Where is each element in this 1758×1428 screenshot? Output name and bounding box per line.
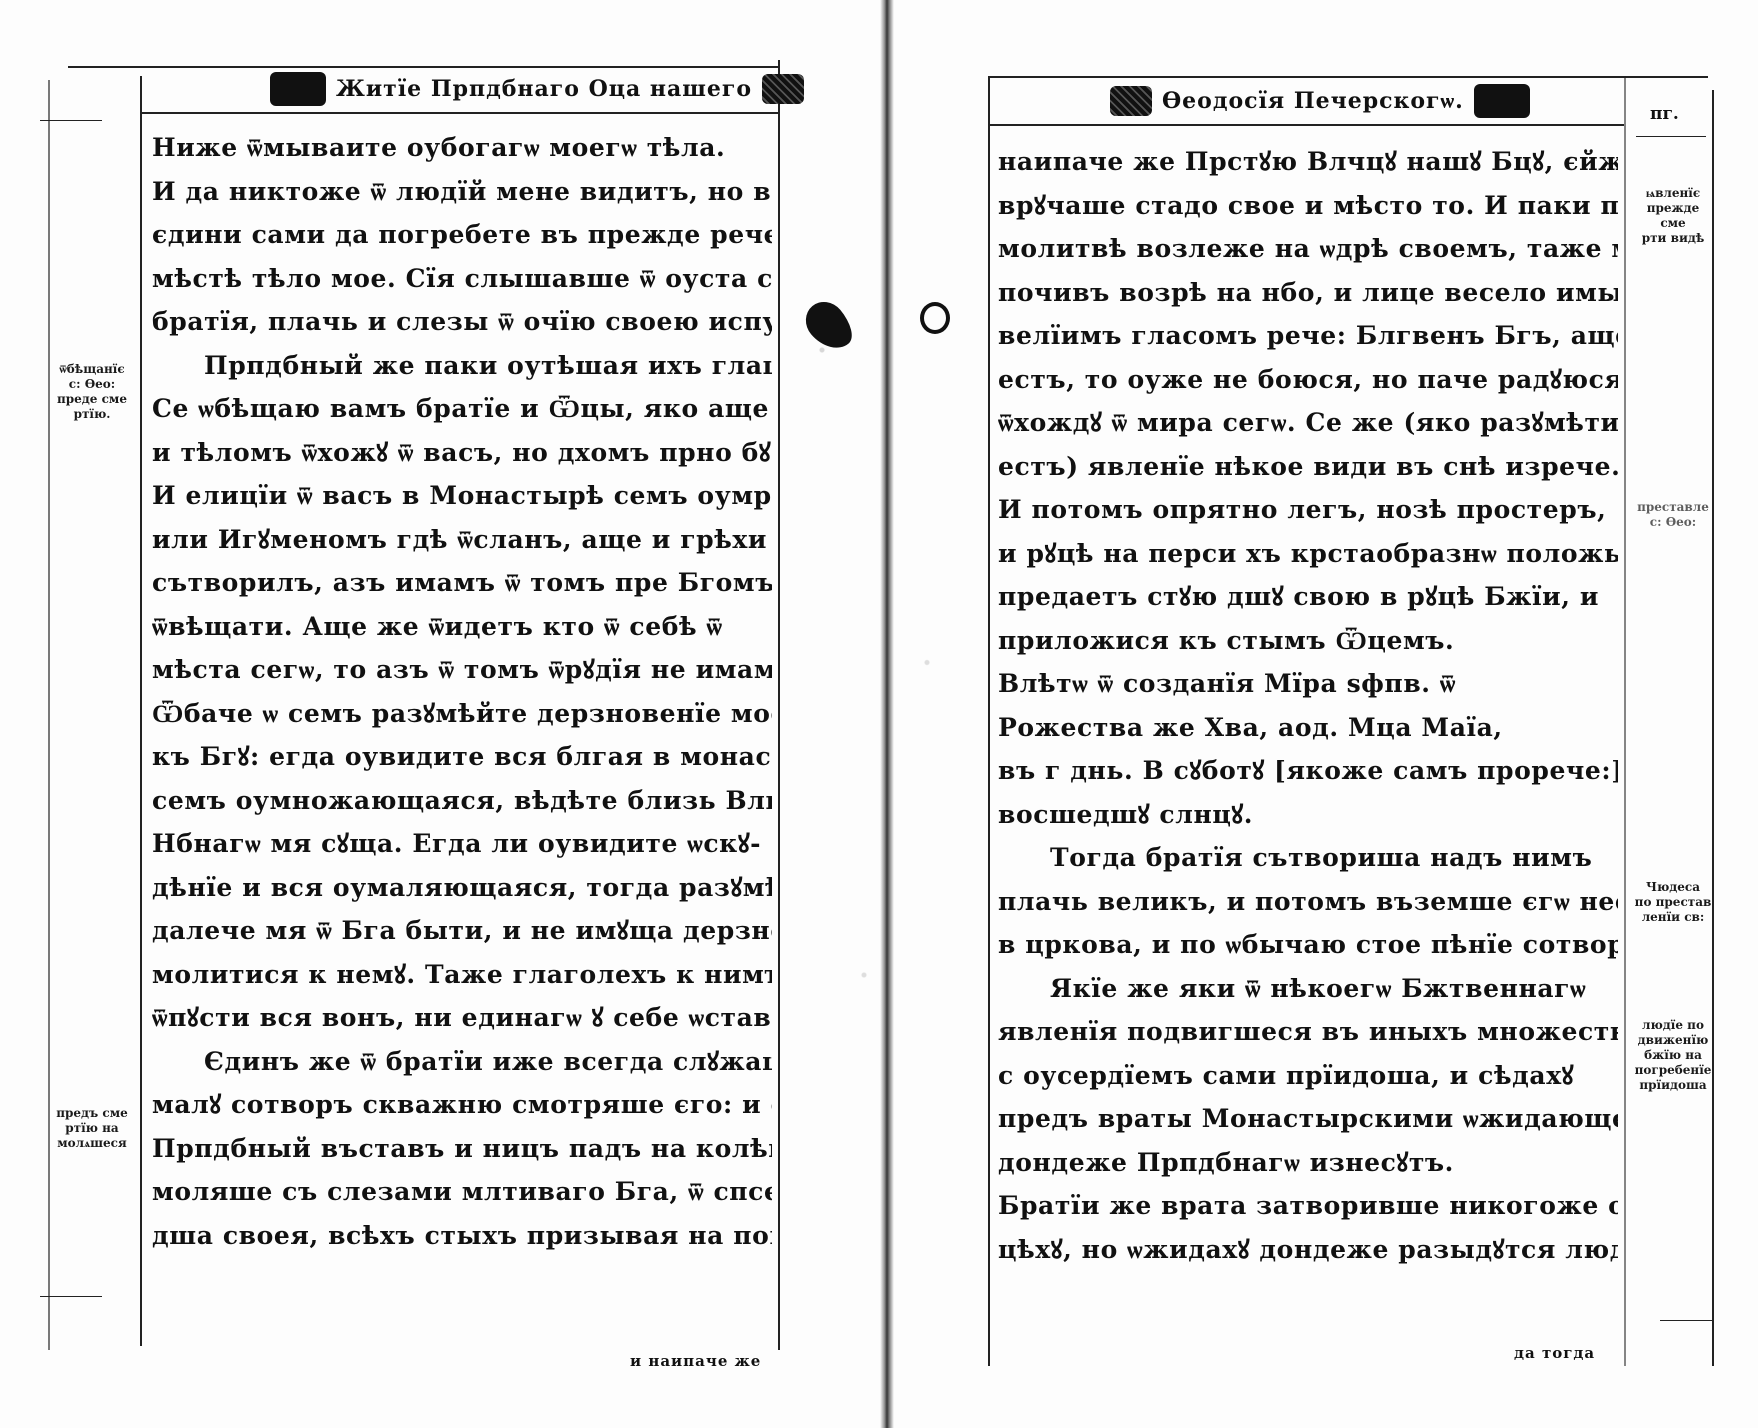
margin-note-line: ленїи св:: [1632, 910, 1714, 925]
text-line: Тогда братїя сътвориша надъ нимъ: [998, 836, 1618, 880]
margin-tick-top: [1636, 136, 1706, 137]
text-line: велїимъ гласомъ рече: Блгвенъ Бгъ, аще т…: [998, 314, 1618, 358]
text-line: Прпдбный въставъ и ницъ падъ на колѣнꙋ,: [152, 1127, 772, 1171]
text-line: ѿхождꙋ ѿ мира сегѡ. Се же (яко разꙋмѣти: [998, 401, 1618, 445]
header-underline: [988, 124, 1624, 126]
margin-note-line: ртїю.: [44, 407, 140, 422]
text-column-left-rule: [988, 76, 990, 1366]
margin-note-line: молѧшеся: [44, 1136, 140, 1151]
margin-note: Чюдеса по престав ленїи св:: [1632, 880, 1714, 925]
page-number: пг.: [1650, 104, 1679, 124]
margin-tick-bottom: [1660, 1320, 1712, 1321]
text-line: дондеже Прпдбнагѡ изнесꙋтъ.: [998, 1141, 1618, 1185]
margin-note-line: Чюдеса: [1632, 880, 1714, 895]
text-line: И да никтоже ѿ людїй мене видитъ, но вы: [152, 170, 772, 214]
text-line: Братїи же врата затворивше никогоже оу-: [998, 1184, 1618, 1228]
catchword: и наипаче же: [630, 1352, 761, 1370]
margin-note-line: преставле: [1632, 500, 1714, 515]
margin-tick-bottom: [40, 1296, 102, 1297]
margin-tick-top: [40, 120, 102, 121]
text-column-left-rule: [140, 76, 142, 1346]
header-ornament-icon: [1474, 84, 1530, 118]
text-line: и тѣломъ ѿхожꙋ ѿ васъ, но дхомъ прно бꙋд…: [152, 431, 772, 475]
text-line: братїя, плачь и слезы ѿ очїю своею испущ…: [152, 300, 772, 344]
margin-note-line: преде сме: [44, 392, 140, 407]
manuscript-spread: Житїе Прпдбнаго Оца нашего Ниже ѿмываите…: [0, 0, 1758, 1428]
margin-note-line: ѩвленїє: [1632, 186, 1714, 201]
running-title: Ѳеодосїя Печерскогѡ.: [1162, 88, 1464, 114]
header-underline: [140, 112, 780, 114]
catchword: да тогда: [1514, 1344, 1595, 1362]
text-line: сътворилъ, азъ имамъ ѿ томъ пре Бгомъ: [152, 561, 772, 605]
margin-note-line: погребенїе: [1632, 1063, 1714, 1078]
margin-note-line: предъ смe: [44, 1106, 140, 1121]
text-line: цѣхꙋ, но ѡжидахꙋ дондеже разыдꙋтся людїе: [998, 1228, 1618, 1272]
text-line: предаетъ стꙋю дшꙋ свою в рꙋцѣ Бжїи, и: [998, 575, 1618, 619]
text-line: мѣста сегѡ, то азъ ѿ томъ ѿрꙋдїя не имам…: [152, 648, 772, 692]
running-title: Житїе Прпдбнаго Оца нашего: [336, 76, 752, 102]
margin-note: преставле с: Ѳео:: [1632, 500, 1714, 530]
book-gutter: [880, 0, 894, 1428]
text-line: почивъ возрѣ на нбо, и лице весело имыи,: [998, 271, 1618, 315]
margin-note: ѿбѣщанїє с: Ѳео: преде сме ртїю.: [44, 362, 140, 422]
text-line: Ѿбаче ѡ семъ разꙋмѣйте дерзновенїе мое: [152, 692, 772, 736]
margin-note: предъ смe ртїю на молѧшеся: [44, 1106, 140, 1151]
right-running-header: Ѳеодосїя Печерскогѡ.: [1110, 84, 1530, 118]
text-line: ѿпꙋсти вся вонъ, ни единагѡ ꙋ себе ѡстав…: [152, 996, 772, 1040]
top-frame-rule: [988, 76, 1708, 78]
text-line: дѣнїе и вся оумаляющаяся, тогда разꙋмѣйт…: [152, 866, 772, 910]
text-line: далече мя ѿ Бга быти, и не имꙋща дерзнов…: [152, 909, 772, 953]
text-line: естъ) явленїе нѣкое види въ снѣ изрече.: [998, 445, 1618, 489]
text-line: ѿвѣщати. Аще же ѿидетъ кто ѿ себѣ ѿ: [152, 605, 772, 649]
text-line: естъ, то оуже не боюся, но паче радꙋюся: [998, 358, 1618, 402]
margin-rule: [48, 80, 50, 1350]
text-line: семъ оумножающаяся, вѣдѣте близь Влки: [152, 779, 772, 823]
text-line: И потомъ опрятно легъ, нозѣ простеръ,: [998, 488, 1618, 532]
text-line: Влѣтѡ ѿ созданїя Мїра ѕфпв. ѿ: [998, 662, 1618, 706]
text-line: или Игꙋменомъ гдѣ ѿсланъ, аще и грѣхи вы: [152, 518, 772, 562]
margin-note: ѩвленїє прежде сме рти видѣ: [1632, 186, 1714, 246]
text-line: явленїя подвигшеся въ иныхъ множество,: [998, 1010, 1618, 1054]
text-line: малꙋ сотворъ скважню смотряше єго: и се: [152, 1083, 772, 1127]
text-line: єдини сами да погребете въ прежде реченн…: [152, 213, 772, 257]
text-line: молитвѣ возлеже на ѡдрѣ своемъ, таже мал…: [998, 227, 1618, 271]
margin-rule: [1712, 90, 1714, 1366]
text-column-right-rule: [1624, 76, 1626, 1366]
text-line: молитися к немꙋ. Таже глаголехъ к нимъ: [152, 953, 772, 997]
left-running-header: Житїе Прпдбнаго Оца нашего: [270, 72, 804, 106]
margin-note-line: прїидоша: [1632, 1078, 1714, 1093]
text-line: мѣстѣ тѣло мое. Сїя слышавше ѿ оуста стг…: [152, 257, 772, 301]
text-line: Прпдбный же паки оутѣшая ихъ глаше:: [152, 344, 772, 388]
right-page: Ѳеодосїя Печерскогѡ. пг. наипаче же Прст…: [894, 0, 1758, 1428]
text-line: Се ѡбѣщаю вамъ братїе и Ѿцы, яко аще: [152, 387, 772, 431]
text-column-right-rule: [778, 60, 780, 1350]
margin-note-line: движенїю: [1632, 1033, 1714, 1048]
margin-note: людїе по движенїю бжїю на погребенїе прї…: [1632, 1018, 1714, 1093]
text-line: восшедшꙋ слнцꙋ.: [998, 793, 1618, 837]
header-ornament-icon: [1110, 86, 1152, 116]
text-line: дша своея, всѣхъ стыхъ призывая на помощ…: [152, 1214, 772, 1258]
text-line: моляше съ слезами млтиваго Бга, ѿ спсенї…: [152, 1170, 772, 1214]
margin-note-line: по престав: [1632, 895, 1714, 910]
text-line: наипаче же Прстꙋю Влчцꙋ нашꙋ Бцꙋ, єйже: [998, 140, 1618, 184]
text-line: врꙋчаше стадо свое и мѣсто то. И паки по: [998, 184, 1618, 228]
top-frame-rule: [68, 66, 780, 68]
text-line: И елицїи ѿ васъ в Монастырѣ семъ оумретъ…: [152, 474, 772, 518]
margin-note-line: бжїю на: [1632, 1048, 1714, 1063]
text-line: въ г днь. В сꙋботꙋ [якоже самъ прорече:]: [998, 749, 1618, 793]
text-line: предъ враты Монастырскими ѡжидающе,: [998, 1097, 1618, 1141]
text-line: с оусердїемъ сами прїидоша, и сѣдахꙋ: [998, 1054, 1618, 1098]
right-text-body: наипаче же Прстꙋю Влчцꙋ нашꙋ Бцꙋ, єйже в…: [998, 140, 1618, 1271]
margin-note-line: ртїю на: [44, 1121, 140, 1136]
margin-note-line: ѿбѣщанїє: [44, 362, 140, 377]
margin-note-line: рти видѣ: [1632, 231, 1714, 246]
margin-note-line: людїе по: [1632, 1018, 1714, 1033]
text-line: къ Бгꙋ: егда оувидите вся блгая в монаст…: [152, 735, 772, 779]
text-line: Єдинъ же ѿ братїи иже всегда слꙋжаше емꙋ…: [152, 1040, 772, 1084]
margin-note-line: прежде сме: [1632, 201, 1714, 231]
header-ornament-icon: [270, 72, 326, 106]
text-line: Рожества же Хва, аод. Мца Маїа,: [998, 706, 1618, 750]
text-line: Якїе же яки ѿ нѣкоегѡ Бжтвеннагѡ: [998, 967, 1618, 1011]
text-line: Ниже ѿмываите оубогагѡ моегѡ тѣла.: [152, 126, 772, 170]
margin-note-line: с: Ѳео:: [1632, 515, 1714, 530]
text-line: и рꙋцѣ на перси хъ крстаобразнѡ положь,: [998, 532, 1618, 576]
text-line: в цркова, и по ѡбычаю стое пѣнїе сотвори…: [998, 923, 1618, 967]
header-ornament-icon: [762, 74, 804, 104]
margin-note-line: с: Ѳео:: [44, 377, 140, 392]
text-line: Нбнагѡ мя сꙋща. Егда ли оувидите ѡскꙋ-: [152, 822, 772, 866]
left-page: Житїе Прпдбнаго Оца нашего Ниже ѿмываите…: [0, 0, 880, 1428]
left-text-body: Ниже ѿмываите оубогагѡ моегѡ тѣла. И да …: [152, 126, 772, 1257]
text-line: плачь великъ, и потомъ въземше єгѡ несош…: [998, 880, 1618, 924]
text-line: приложися къ стымъ Ѿцемъ.: [998, 619, 1618, 663]
